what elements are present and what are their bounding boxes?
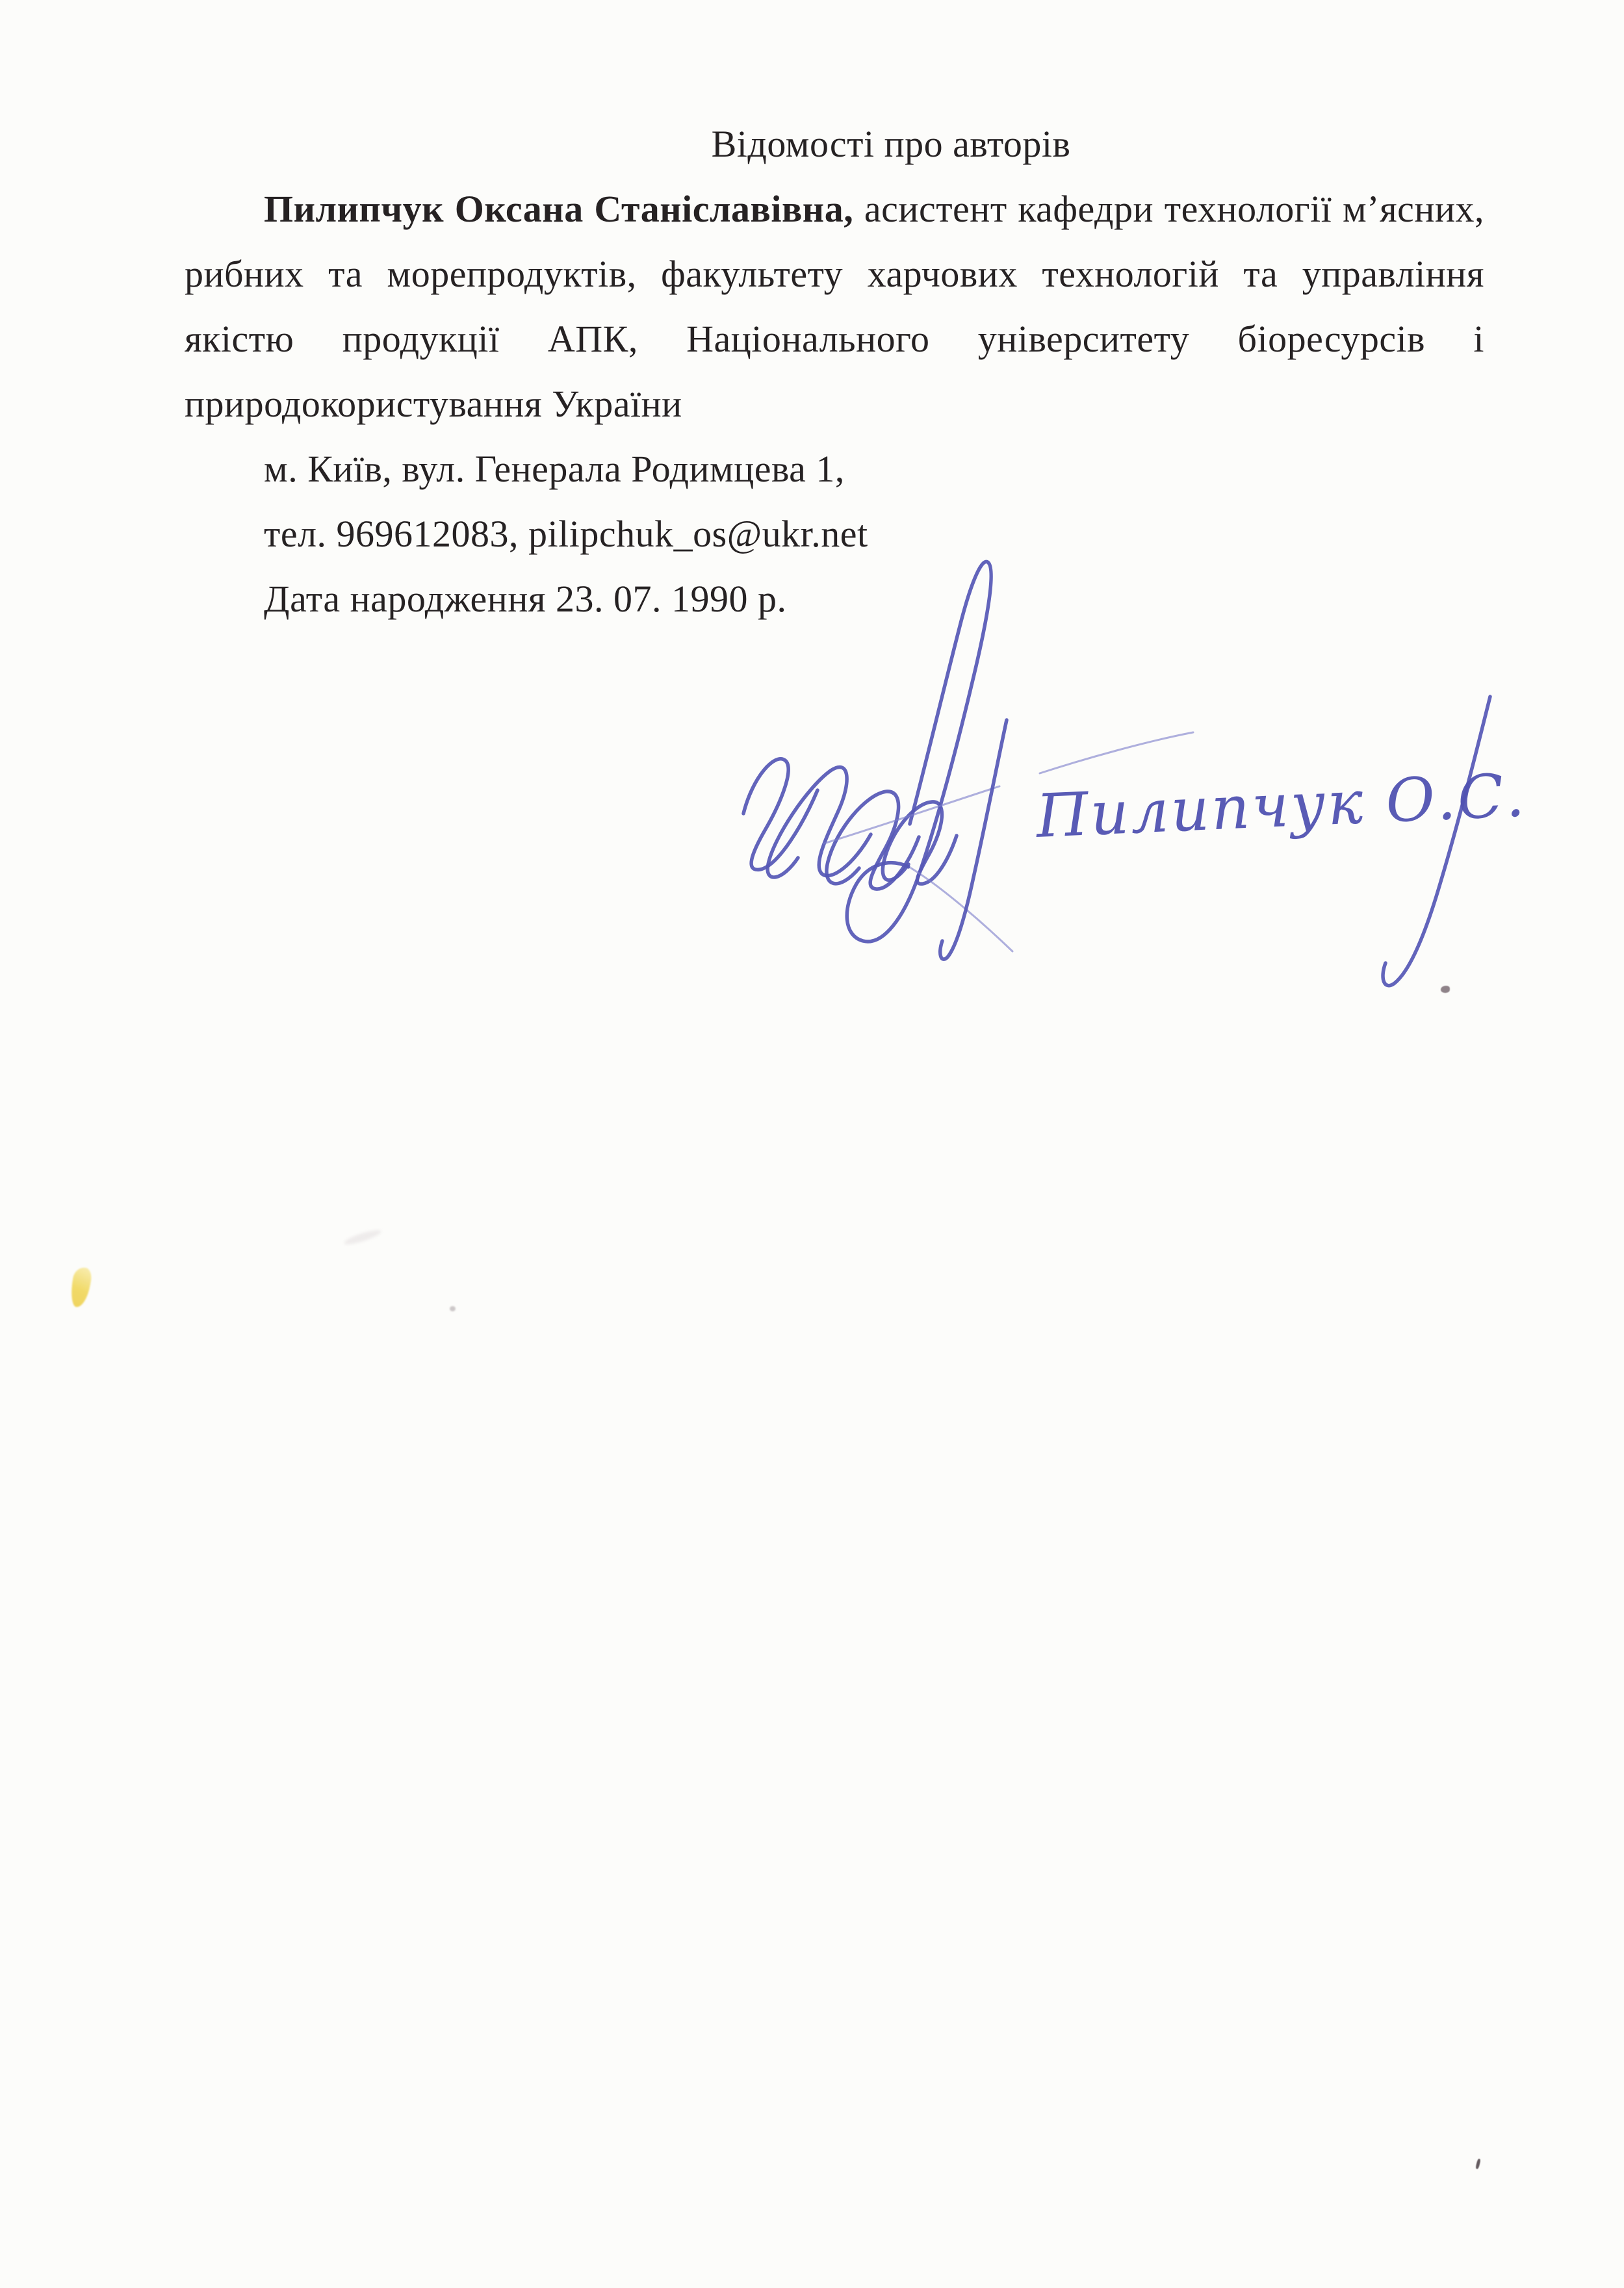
author-paragraph-line-3: якістю продукції АПК, Національного унів… [185, 307, 1484, 372]
signature-flourish-line [1040, 732, 1193, 773]
yellow-ink-smudge [68, 1266, 93, 1309]
scanned-document-page: Відомості про авторів Пилипчук Оксана Ст… [0, 0, 1624, 2288]
signature-slash-right [1383, 697, 1490, 986]
signature-scrawl-stroke [883, 802, 957, 884]
address-line: м. Київ, вул. Генерала Родимцева 1, [185, 437, 1484, 502]
author-paragraph-line-1: Пилипчук Оксана Станіславівна, асистент … [185, 177, 1484, 242]
author-paragraph-line-1-rest: асистент кафедри технології м’ясних, [864, 188, 1484, 230]
text-column: Відомості про авторів Пилипчук Оксана Ст… [185, 112, 1484, 632]
birth-date-line: Дата народження 23. 07. 1990 р. [185, 567, 1484, 632]
signature-scrawl-stroke [743, 759, 818, 870]
scan-speck [1441, 986, 1450, 993]
signature-slash-left [940, 720, 1007, 959]
signature-scrawl-stroke [767, 767, 871, 878]
page-title: Відомості про авторів [185, 112, 1484, 177]
author-name: Пилипчук Оксана Станіславівна, [264, 188, 853, 230]
signature-flourish-line [911, 868, 1012, 951]
signature-flourish-line [824, 786, 999, 843]
author-paragraph-line-4: природокористування України [185, 372, 1484, 437]
signature-scrawl-stroke [827, 791, 919, 889]
scan-speck [450, 1306, 456, 1311]
scan-speck [1475, 2159, 1481, 2170]
scan-wisp [343, 1228, 383, 1247]
author-paragraph-line-2: рибних та морепродуктів, факультету харч… [185, 242, 1484, 307]
phone-email-line: тел. 969612083, pilipchuk_os@ukr.net [185, 502, 1484, 567]
signature-name-text: Пилипчук О.С. [1033, 760, 1528, 851]
